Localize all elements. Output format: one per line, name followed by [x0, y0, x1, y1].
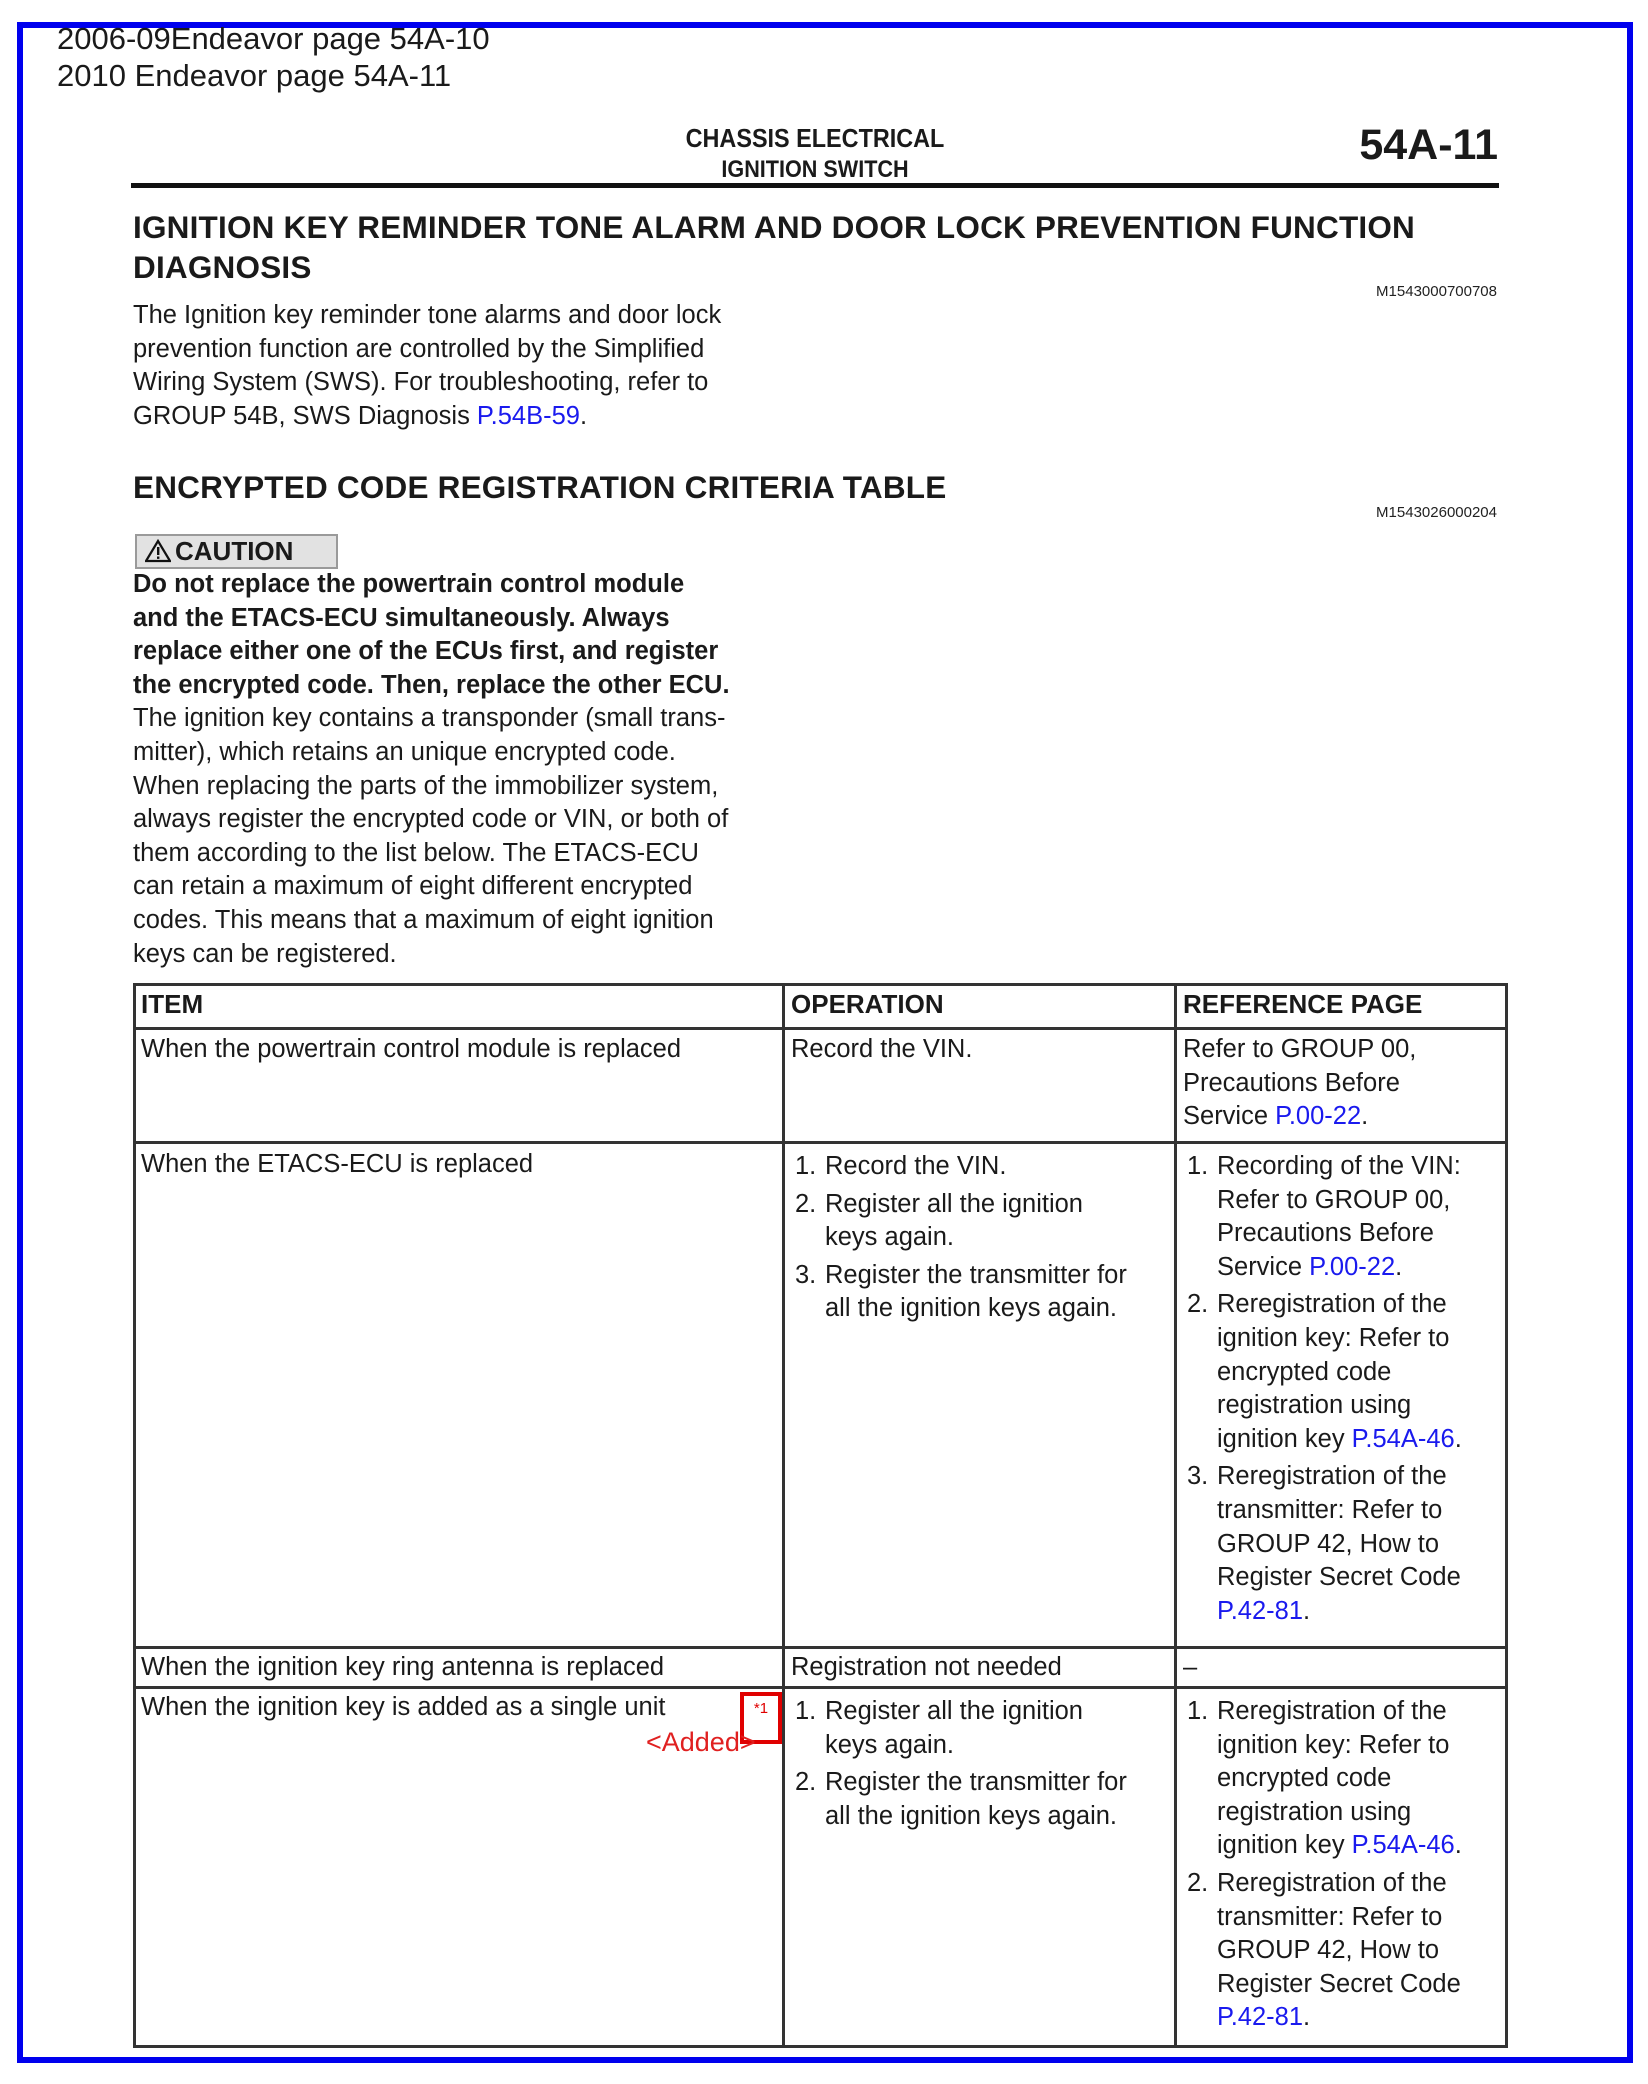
list-text: transmitter: Refer to — [1217, 1494, 1462, 1528]
ref-text: . — [1303, 2003, 1310, 2031]
warning-triangle-icon — [145, 537, 171, 568]
link-p54a-46[interactable]: P.54A-46 — [1352, 1831, 1455, 1859]
table-border — [133, 1686, 1508, 1689]
row2-reference-list: 1. Recording of the VIN: Refer to GROUP … — [1187, 1150, 1462, 1628]
body-line: mitter), which retains an unique encrypt… — [133, 736, 823, 770]
row1-item: When the powertrain control module is re… — [141, 1033, 681, 1067]
body-line: them according to the list below. The ET… — [133, 837, 823, 871]
section1-title-line1: IGNITION KEY REMINDER TONE ALARM AND DOO… — [133, 207, 1415, 247]
list-text: Precautions Before — [1217, 1217, 1462, 1251]
caution-line: Do not replace the powertrain control mo… — [133, 568, 823, 602]
list-text: Reregistration of the — [1217, 1867, 1462, 1901]
row1-reference: Refer to GROUP 00, Precautions Before Se… — [1183, 1033, 1416, 1134]
body-line: The Ignition key reminder tone alarms an… — [133, 299, 823, 333]
list-text: registration using — [1217, 1389, 1462, 1423]
list-number: 3. — [1187, 1460, 1208, 1494]
section2-body: Do not replace the powertrain control mo… — [133, 568, 823, 971]
list-number: 2. — [1187, 1288, 1208, 1322]
ref-text: . — [1303, 1597, 1310, 1625]
body-text: GROUP 54B, SWS Diagnosis — [133, 402, 477, 430]
caution-badge: CAUTION — [135, 534, 338, 569]
list-text: Register Secret Code — [1217, 1561, 1462, 1595]
table-border — [133, 983, 1508, 986]
section2-code-id: M1543026000204 — [1376, 504, 1497, 522]
table-border — [133, 1646, 1508, 1649]
list-text: Register all the ignition — [825, 1188, 1127, 1222]
criteria-table: ITEM OPERATION REFERENCE PAGE When the p… — [133, 983, 1508, 2048]
ref-text: ignition key — [1217, 1425, 1352, 1453]
section1-code-id: M1543000700708 — [1376, 283, 1497, 301]
list-number: 1. — [795, 1695, 816, 1729]
list-text: Record the VIN. — [825, 1150, 1127, 1184]
table-border — [1505, 983, 1508, 2048]
list-number: 3. — [795, 1259, 816, 1293]
row2-operation-list: 1.Record the VIN. 2.Register all the ign… — [795, 1150, 1127, 1326]
body-text: . — [580, 402, 587, 430]
list-text: Recording of the VIN: — [1217, 1150, 1462, 1184]
row2-item: When the ETACS-ECU is replaced — [141, 1148, 533, 1182]
link-p42-81[interactable]: P.42-81 — [1217, 1597, 1303, 1625]
ref-text: ignition key — [1217, 1831, 1352, 1859]
list-text: Register the transmitter for — [825, 1766, 1127, 1800]
row4-item: When the ignition key is added as a sing… — [141, 1691, 666, 1725]
ref-text: . — [1361, 1102, 1368, 1130]
table-border — [133, 1027, 1508, 1030]
section1-body: The Ignition key reminder tone alarms an… — [133, 299, 823, 433]
list-item: 2. Reregistration of the transmitter: Re… — [1187, 1867, 1462, 2035]
list-text: ignition key: Refer to — [1217, 1322, 1462, 1356]
ref-text: . — [1395, 1253, 1402, 1281]
list-number: 1. — [1187, 1150, 1208, 1184]
list-number: 2. — [1187, 1867, 1208, 1901]
link-p54b-59[interactable]: P.54B-59 — [477, 402, 580, 430]
ref-text: . — [1455, 1425, 1462, 1453]
header-subsection: IGNITION SWITCH — [586, 155, 1045, 185]
list-text: all the ignition keys again. — [825, 1292, 1127, 1326]
list-text: Register Secret Code — [1217, 1968, 1462, 2002]
ref-text: Service — [1217, 1253, 1309, 1281]
header-rule — [131, 183, 1499, 188]
list-item: 1.Register all the ignitionkeys again. — [795, 1695, 1127, 1762]
table-border — [133, 983, 136, 2048]
list-text: Refer to GROUP 00, — [1217, 1184, 1462, 1218]
list-number: 1. — [795, 1150, 816, 1184]
row1-operation: Record the VIN. — [791, 1033, 972, 1067]
list-text: ignition key P.54A-46. — [1217, 1829, 1462, 1863]
table-border — [782, 983, 785, 2048]
table-border — [133, 2045, 1508, 2048]
body-line: The ignition key contains a transponder … — [133, 702, 823, 736]
ref-text: Service — [1183, 1102, 1275, 1130]
ref-line: Service P.00-22. — [1183, 1100, 1416, 1134]
note-line-1: 2006-09Endeavor page 54A-10 — [57, 20, 490, 58]
list-text: registration using — [1217, 1796, 1462, 1830]
note-line-2: 2010 Endeavor page 54A-11 — [57, 57, 451, 95]
list-text: GROUP 42, How to — [1217, 1934, 1462, 1968]
list-text: encrypted code — [1217, 1762, 1462, 1796]
list-text: GROUP 42, How to — [1217, 1528, 1462, 1562]
row4-operation-list: 1.Register all the ignitionkeys again. 2… — [795, 1695, 1127, 1833]
list-text: Service P.00-22. — [1217, 1251, 1462, 1285]
ref-text: . — [1455, 1831, 1462, 1859]
row4-reference-list: 1. Reregistration of the ignition key: R… — [1187, 1695, 1462, 2035]
ref-line: Precautions Before — [1183, 1067, 1416, 1101]
list-item: 3.Register the transmitter forall the ig… — [795, 1259, 1127, 1326]
page-number: 54A-11 — [1359, 120, 1498, 170]
body-line: When replacing the parts of the immobili… — [133, 770, 823, 804]
list-text: encrypted code — [1217, 1356, 1462, 1390]
list-item: 1. Reregistration of the ignition key: R… — [1187, 1695, 1462, 1863]
section2-title: ENCRYPTED CODE REGISTRATION CRITERIA TAB… — [133, 467, 946, 507]
list-text: keys again. — [825, 1729, 1127, 1763]
caution-line: the encrypted code. Then, replace the ot… — [133, 669, 823, 703]
body-line: Wiring System (SWS). For troubleshooting… — [133, 366, 823, 400]
list-item: 3. Reregistration of the transmitter: Re… — [1187, 1460, 1462, 1628]
link-p54a-46[interactable]: P.54A-46 — [1352, 1425, 1455, 1453]
table-border — [133, 1141, 1508, 1144]
body-line-last: GROUP 54B, SWS Diagnosis P.54B-59. — [133, 400, 823, 434]
list-text: ignition key: Refer to — [1217, 1729, 1462, 1763]
column-header-operation: OPERATION — [791, 988, 944, 1022]
link-p00-22[interactable]: P.00-22 — [1309, 1253, 1395, 1281]
list-text: Register all the ignition — [825, 1695, 1127, 1729]
list-item: 2.Register the transmitter forall the ig… — [795, 1766, 1127, 1833]
list-text: P.42-81. — [1217, 1595, 1462, 1629]
list-item: 1. Recording of the VIN: Refer to GROUP … — [1187, 1150, 1462, 1284]
added-annotation: <Added> — [646, 1727, 756, 1758]
list-text: Reregistration of the — [1217, 1460, 1462, 1494]
column-header-reference: REFERENCE PAGE — [1183, 988, 1422, 1022]
list-text: ignition key P.54A-46. — [1217, 1423, 1462, 1457]
list-text: all the ignition keys again. — [825, 1800, 1127, 1834]
link-p00-22[interactable]: P.00-22 — [1275, 1102, 1361, 1130]
list-item: 2.Register all the ignitionkeys again. — [795, 1188, 1127, 1255]
list-item: 1.Record the VIN. — [795, 1150, 1127, 1184]
list-number: 2. — [795, 1188, 816, 1222]
list-text: Reregistration of the — [1217, 1695, 1462, 1729]
list-number: 2. — [795, 1766, 816, 1800]
link-p42-81[interactable]: P.42-81 — [1217, 2003, 1303, 2031]
list-item: 2. Reregistration of the ignition key: R… — [1187, 1288, 1462, 1456]
column-header-item: ITEM — [141, 988, 203, 1022]
header-section: CHASSIS ELECTRICAL — [586, 123, 1045, 153]
row3-item: When the ignition key ring antenna is re… — [141, 1651, 664, 1685]
row3-reference: – — [1183, 1651, 1197, 1685]
caution-label: CAUTION — [175, 536, 293, 566]
section1-title-line2: DIAGNOSIS — [133, 247, 312, 287]
list-text: Reregistration of the — [1217, 1288, 1462, 1322]
body-line: prevention function are controlled by th… — [133, 333, 823, 367]
list-text: keys again. — [825, 1221, 1127, 1255]
list-text: P.42-81. — [1217, 2001, 1462, 2035]
row3-operation: Registration not needed — [791, 1651, 1062, 1685]
list-number: 1. — [1187, 1695, 1208, 1729]
body-line: always register the encrypted code or VI… — [133, 803, 823, 837]
ref-line: Refer to GROUP 00, — [1183, 1033, 1416, 1067]
list-text: transmitter: Refer to — [1217, 1901, 1462, 1935]
body-line: can retain a maximum of eight different … — [133, 870, 823, 904]
list-text: Register the transmitter for — [825, 1259, 1127, 1293]
caution-line: and the ETACS-ECU simultaneously. Always — [133, 602, 823, 636]
body-line: codes. This means that a maximum of eigh… — [133, 904, 823, 938]
body-line: keys can be registered. — [133, 938, 823, 972]
caution-line: replace either one of the ECUs first, an… — [133, 635, 823, 669]
table-border — [1174, 983, 1177, 2048]
